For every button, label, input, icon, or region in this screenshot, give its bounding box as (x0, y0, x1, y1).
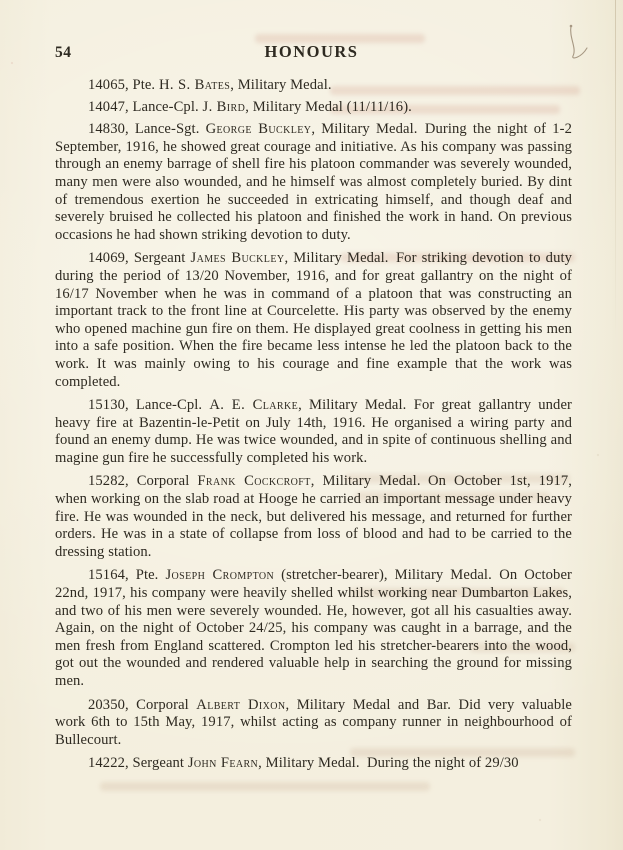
soldier-name: Albert Dixon (196, 697, 285, 713)
rank: Pte. (136, 567, 159, 583)
honour-entry: 14047, Lance-Cpl. J. Bird, Military Meda… (55, 99, 572, 117)
honour-entry: 15164, Pte. Joseph Crompton (stretcher-b… (55, 567, 572, 690)
medal: Military Medal. (321, 121, 417, 137)
medal: Military Medal. (395, 567, 492, 583)
medal: Military Medal. (293, 250, 388, 266)
medal: Military Medal. (309, 397, 406, 413)
citation-text: During the night of 1-2 September, 1916,… (55, 121, 572, 243)
honours-list: 14065, Pte. H. S. Bates, Military Medal.… (55, 77, 572, 779)
medal: Military Medal. (322, 473, 420, 489)
rank: Corporal (136, 697, 189, 713)
service-number: 14830 (88, 121, 125, 137)
show-through-artifact (100, 782, 430, 791)
medal: Military Medal. (238, 77, 332, 93)
rank: Sergeant (132, 755, 184, 771)
rank: Lance-Sgt. (135, 121, 200, 137)
citation-text: For striking devotion to duty during the… (55, 250, 572, 389)
medal: Military Medal and Bar. (297, 697, 451, 713)
soldier-name: H. S. Bates (159, 77, 230, 93)
scanned-book-page: 54 HONOURS 14065, Pte. H. S. Bates, Mili… (0, 0, 623, 850)
service-number: 14069 (88, 250, 125, 266)
service-number: 14047 (88, 99, 125, 115)
medal: Military Medal (11/11/16). (253, 99, 412, 115)
soldier-name: George Buckley (206, 121, 312, 137)
soldier-name: Joseph Crompton (165, 567, 274, 583)
service-number: 14065 (88, 77, 125, 93)
rank: Pte. (132, 77, 155, 93)
rank: Lance-Cpl. (136, 397, 202, 413)
honour-entry: 14222, Sergeant John Fearn, Military Med… (55, 755, 572, 773)
service-number: 20350 (88, 697, 125, 713)
citation-text: During the night of 29/30 (367, 755, 519, 771)
rank: Sergeant (134, 250, 186, 266)
rank: Lance-Cpl. (132, 99, 198, 115)
honour-entry: 14830, Lance-Sgt. George Buckley, Milita… (55, 121, 572, 244)
service-number: 15164 (88, 567, 125, 583)
medal: Military Medal. (266, 755, 360, 771)
honour-entry: 15130, Lance-Cpl. A. E. Clarke, Military… (55, 397, 572, 467)
service-number: 14222 (88, 755, 125, 771)
honour-entry: 20350, Corporal Albert Dixon, Military M… (55, 697, 572, 750)
soldier-name: James Buckley (191, 250, 285, 266)
name-suffix: (stretcher-bearer) (274, 567, 384, 583)
citation-text: On October 22nd, 1917, his company were … (55, 567, 572, 689)
soldier-name: A. E. Clarke (209, 397, 298, 413)
honour-entry: 14069, Sergeant James Buckley, Military … (55, 250, 572, 391)
service-number: 15130 (88, 397, 125, 413)
soldier-name: Frank Cockcroft (197, 473, 310, 489)
page-header: 54 HONOURS (0, 42, 623, 66)
soldier-name: John Fearn (188, 755, 258, 771)
honour-entry: 14065, Pte. H. S. Bates, Military Medal. (55, 77, 572, 95)
rank: Corporal (137, 473, 190, 489)
page-title: HONOURS (0, 42, 623, 62)
honour-entry: 15282, Corporal Frank Cockcroft, Militar… (55, 473, 572, 561)
soldier-name: J. Bird (202, 99, 245, 115)
service-number: 15282 (88, 473, 125, 489)
citation-text: On October 1st, 1917, when working on th… (55, 473, 572, 559)
